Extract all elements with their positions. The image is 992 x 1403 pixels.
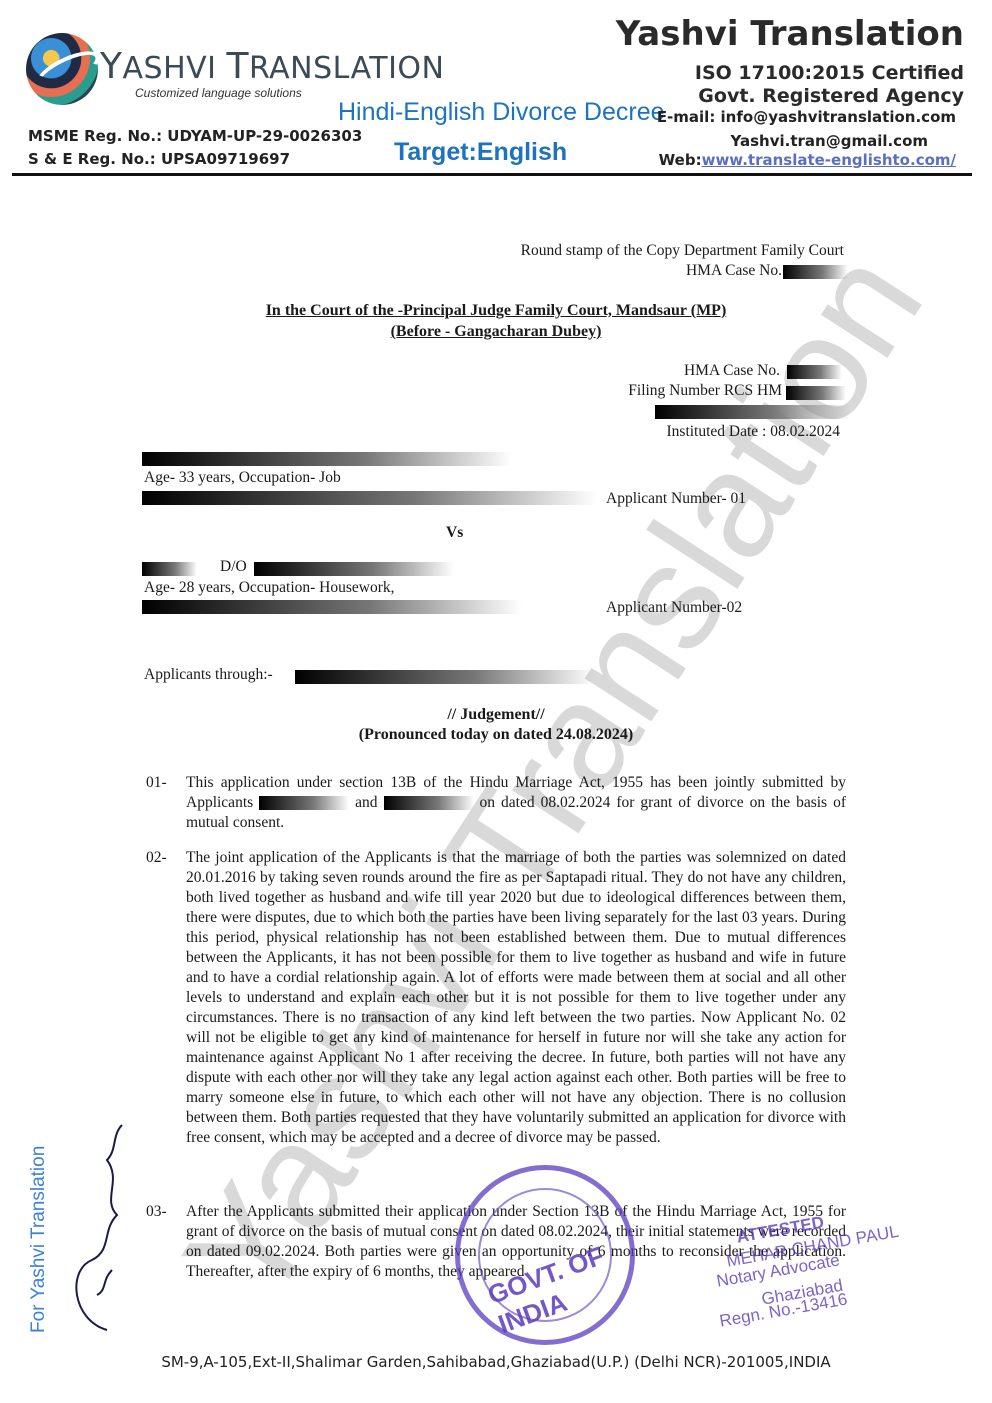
se-reg-number: S & E Reg. No.: UPSA09719697 [28, 150, 290, 168]
email-address: E-mail: info@yashvitranslation.com [657, 108, 956, 126]
signature-icon [62, 1120, 142, 1340]
redacted-advocate [295, 670, 595, 684]
hma-case-number: HMA Case No. [684, 362, 780, 380]
versus: Vs [446, 524, 463, 542]
stamp-case-number: HMA Case No. [686, 262, 782, 280]
filing-number: Filing Number RCS HM [628, 382, 782, 400]
applicants-through: Applicants through:- [144, 666, 273, 684]
redacted-filing-line [655, 405, 850, 419]
redacted-applicant2-name [142, 562, 197, 576]
msme-reg-number: MSME Reg. No.: UDYAM-UP-29-0026303 [28, 127, 362, 145]
company-logo-name: YASHVI TRANSLATION [100, 46, 445, 87]
redacted-filing-number [786, 386, 846, 400]
govt-registered: Govt. Registered Agency [698, 85, 964, 107]
applicant2-details: Age- 28 years, Occupation- Housework, [144, 579, 395, 597]
website: Web:www.translate-englishto.com/ [659, 151, 956, 169]
redacted-applicant2-address [142, 600, 522, 614]
footer-address: SM-9,A-105,Ext-II,Shalimar Garden,Sahiba… [0, 1353, 992, 1371]
website-label: Web: [659, 151, 702, 169]
applicant1-details: Age- 33 years, Occupation- Job [144, 469, 341, 487]
email-address-secondary: Yashvi.tran@gmail.com [731, 132, 929, 150]
company-tagline: Customized language solutions [135, 86, 302, 100]
iso-certification: ISO 17100:2015 Certified [695, 62, 964, 84]
paragraph-number: 03- [146, 1202, 167, 1222]
paragraph-number: 01- [146, 773, 167, 793]
pronounced-date: (Pronounced today on dated 24.08.2024) [0, 726, 992, 744]
redacted-case-number [783, 265, 848, 279]
redacted-applicant1-address [142, 491, 597, 505]
stamp-note: Round stamp of the Copy Department Famil… [521, 242, 844, 260]
instituted-date: Instituted Date : 08.02.2024 [667, 423, 841, 441]
redacted-applicant1 [259, 796, 349, 810]
brand-name: Yashvi Translation [616, 14, 964, 54]
paragraph-number: 02- [146, 848, 167, 868]
govt-round-stamp: GOVT. OF INDIA [455, 1165, 635, 1345]
paragraph-02: 02- The joint application of the Applica… [146, 848, 846, 1148]
applicant2-daughter-of: D/O [220, 558, 247, 576]
document-target-language: Target:English [394, 138, 567, 167]
paragraph-01: 01- This application under section 13B o… [146, 773, 846, 833]
redacted-applicant1-name [142, 452, 512, 466]
court-name: In the Court of the -Principal Judge Fam… [0, 302, 992, 320]
signature-note: For Yashvi Translation [28, 1146, 50, 1333]
website-link[interactable]: www.translate-englishto.com/ [702, 151, 956, 169]
judgement-heading: // Judgement// [0, 706, 992, 724]
header-divider [12, 173, 972, 176]
company-logo-globe [26, 33, 98, 105]
redacted-applicant2-father [254, 562, 454, 576]
applicant1-label: Applicant Number- 01 [606, 490, 746, 508]
document-title: Hindi-English Divorce Decree [338, 98, 665, 127]
redacted-hma-case [787, 365, 842, 379]
judge-name: (Before - Gangacharan Dubey) [0, 323, 992, 341]
redacted-applicant2 [384, 796, 474, 810]
applicant2-label: Applicant Number-02 [606, 599, 742, 617]
